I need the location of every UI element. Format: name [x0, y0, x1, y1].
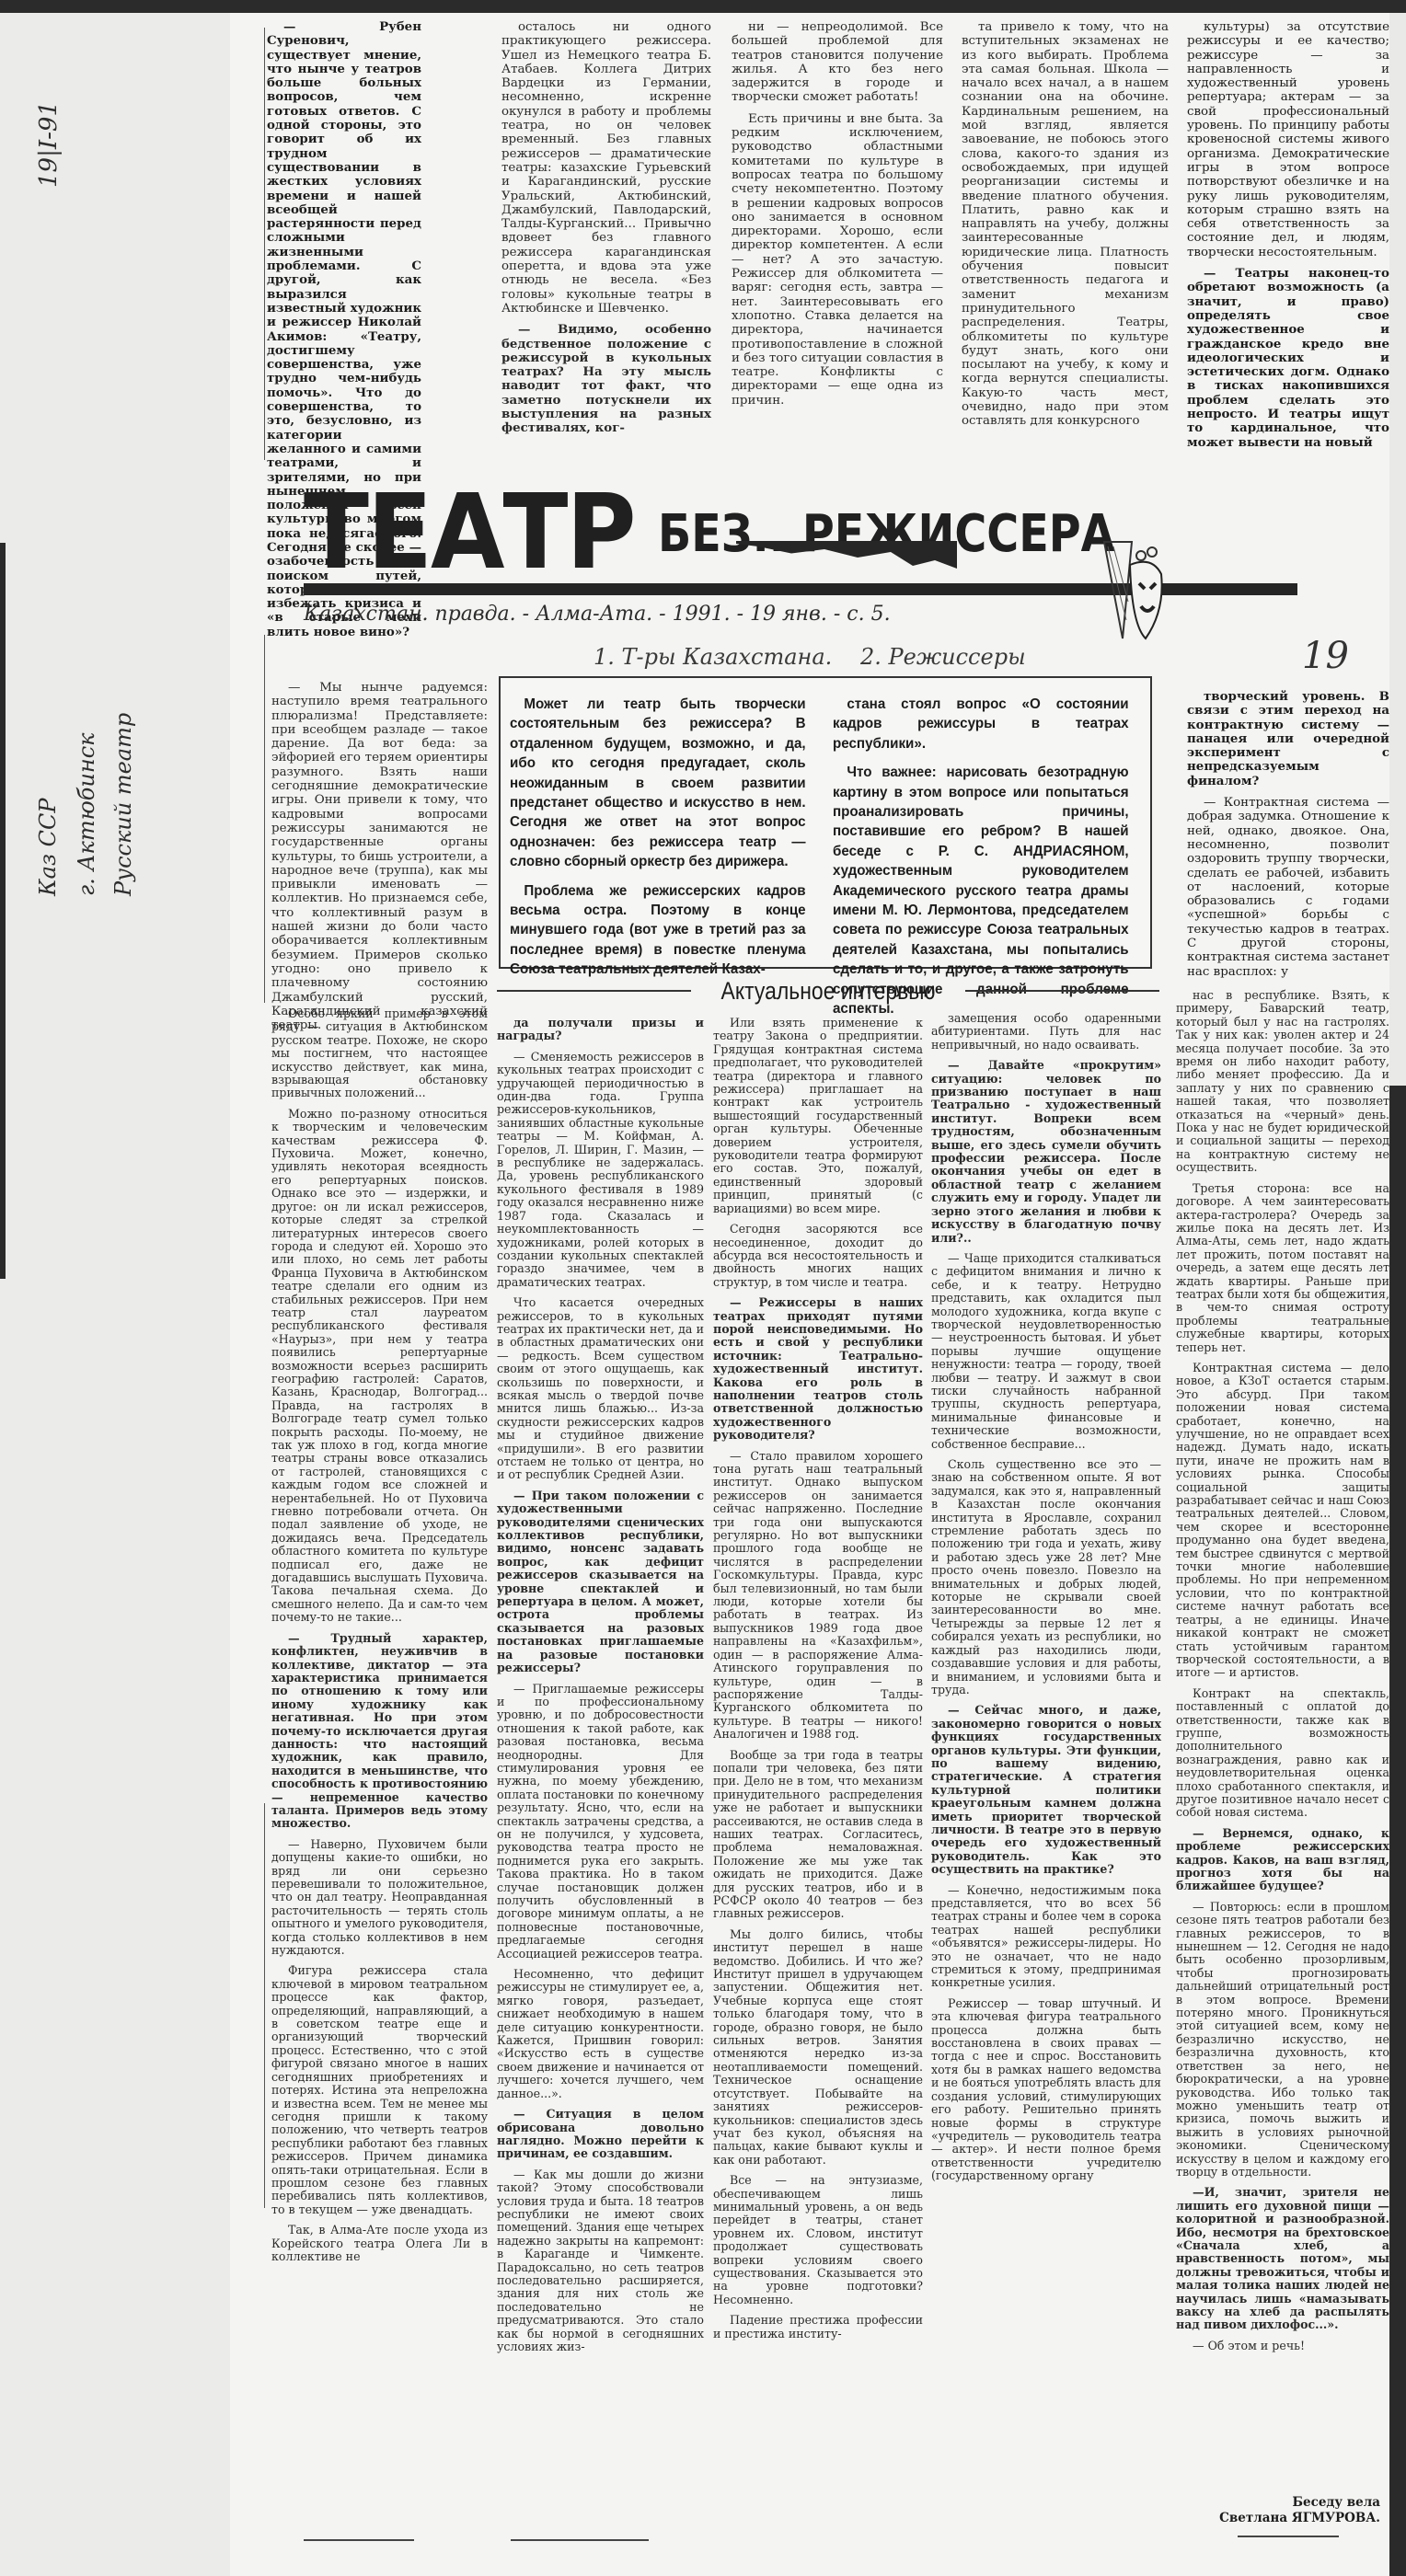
byline-author: Светлана ЯГМУРОВА. — [1187, 2511, 1380, 2526]
paragraph: Вообще за три года в театры попали три ч… — [713, 1749, 923, 1921]
handwritten-page-number: 19 — [1302, 635, 1349, 677]
paragraph: замещения особо одаренными абитуриентами… — [931, 1012, 1161, 1052]
paragraph: — Приглашаемые режиссеры и по профессион… — [497, 1683, 704, 1961]
paragraph: — Об этом и речь! — [1176, 2340, 1389, 2352]
paragraph: Можно по-разному относиться к творческим… — [271, 1108, 488, 1625]
rubric-rule-left — [497, 990, 691, 992]
paragraph: ни — непреодолимой. Все большей проблемо… — [732, 20, 943, 105]
question-paragraph: —И, значит, зрителя не лишить его духовн… — [1176, 2186, 1389, 2331]
top-column-5: культуры) за отсутствие режиссуры и ее к… — [1187, 20, 1389, 457]
paragraph: — Наверно, Пуховичем были допущены какие… — [271, 1838, 488, 1958]
theater-mask-icon — [1095, 537, 1169, 648]
paragraph: Есть причины и вне быта. За редким исклю… — [732, 112, 943, 408]
paragraph: Падение престижа профессии и престижа ин… — [713, 2314, 923, 2340]
paragraph: — Мы нынче радуемся: наступило время теа… — [271, 681, 488, 1032]
question-paragraph: — Ситуация в целом обрисована довольно н… — [497, 2108, 704, 2161]
question-paragraph: — Видимо, особенно бедственное положение… — [501, 323, 711, 435]
bottom-column-4: замещения особо одаренными абитуриентами… — [931, 1012, 1161, 2191]
handwritten-tag-2: 2. Режиссеры — [860, 644, 1026, 670]
paragraph: Что касается очередных режиссеров, то в … — [497, 1296, 704, 1482]
paragraph: — Чаще приходится сталкиваться с дефицит… — [931, 1252, 1161, 1451]
lead-paragraph: Проблема же режиссерских кадров весьма о… — [510, 881, 806, 980]
paragraph: Третья сторона: все на договоре. А чем з… — [1176, 1182, 1389, 1354]
byline-label: Беседу вела — [1187, 2495, 1380, 2511]
bottom-column-2: да получали призы и награды? — Сменяемос… — [497, 1017, 704, 2361]
paragraph: Мы долго бились, чтобы институт перешел … — [713, 1928, 923, 2167]
question-paragraph: — Давайте «прокрутим» ситуацию: человек … — [931, 1059, 1161, 1245]
handwritten-tag-1: 1. Т-ры Казахстана. — [594, 644, 832, 670]
mid-right-column: творческий уровень. В связи с этим перех… — [1187, 690, 1389, 986]
question-paragraph: — Театры наконец-то обретают возможность… — [1187, 267, 1389, 450]
handwritten-archive-date: 19|I-91 — [35, 101, 63, 188]
paragraph: Контрактная система — дело новое, а КЗоТ… — [1176, 1362, 1389, 1680]
byline: Беседу вела Светлана ЯГМУРОВА. — [1187, 2495, 1380, 2526]
handwritten-source-citation: Казахстан. правда. - Алма-Ата. - 1991. -… — [304, 603, 891, 626]
handwritten-margin-note-1: Каз ССР — [35, 799, 61, 896]
paragraph: Режиссер — товар штучный. И эта ключевая… — [931, 1997, 1161, 2183]
paragraph: Контракт на спектакль, поставленный с оп… — [1176, 1687, 1389, 1820]
top-column-3: ни — непреодолимой. Все большей проблемо… — [732, 20, 943, 415]
paragraph: — Повторюсь: если в прошлом сезоне пять … — [1176, 1901, 1389, 2179]
paragraph: Особо яркий пример в этом ряду — ситуаци… — [271, 1007, 488, 1100]
paragraph: Сегодня засоряются все несоединенное, до… — [713, 1223, 923, 1289]
end-rule — [1238, 2536, 1339, 2537]
lead-box: Может ли театр быть творчески состоятель… — [499, 676, 1152, 969]
question-paragraph: — Вернемся, однако, к проблеме режиссерс… — [1176, 1827, 1389, 1893]
lead-paragraph: стана стоял вопрос «О состоянии кадров р… — [833, 695, 1129, 753]
paragraph: осталось ни одного практикующего режиссе… — [501, 20, 711, 316]
paragraph: — Конечно, недостижимым пока представляе… — [931, 1884, 1161, 1990]
rubric-rule-right — [965, 990, 1159, 992]
rubric-header: Актуальное интервью — [497, 977, 1159, 1005]
bottom-column-5: нас в республике. Взять, к примеру, Бава… — [1176, 989, 1389, 2360]
question-paragraph: — Сейчас много, и даже, закономерно гово… — [931, 1704, 1161, 1876]
paragraph: Или взять применение к театру Закона о п… — [713, 1017, 923, 1215]
scan-top-border — [0, 0, 1406, 13]
question-paragraph: — Трудный характер, конфликтен, неуживчи… — [271, 1632, 488, 1831]
handwritten-margin-note-3: Русский театр — [110, 713, 136, 896]
paragraph: — Контрактная система — добрая задумка. … — [1187, 796, 1389, 979]
column-rule — [264, 635, 265, 1003]
lead-paragraph: Может ли театр быть творчески состоятель… — [510, 695, 806, 872]
paragraph: культуры) за отсутствие режиссуры и ее к… — [1187, 20, 1389, 259]
paragraph: — Сменяемость режиссеров в кукольных теа… — [497, 1051, 704, 1289]
paragraph: та привело к тому, что на вступительных … — [962, 20, 1169, 429]
question-paragraph: творческий уровень. В связи с этим перех… — [1187, 690, 1389, 788]
end-rule — [511, 2539, 649, 2541]
bottom-column-1: Особо яркий пример в этом ряду — ситуаци… — [271, 1007, 488, 2271]
top-column-2: осталось ни одного практикующего режиссе… — [501, 20, 711, 443]
mid-left-column: — Мы нынче радуемся: наступило время теа… — [271, 681, 488, 1040]
bottom-column-3: Или взять применение к театру Закона о п… — [713, 1017, 923, 2348]
paragraph: — Стало правилом хорошего тона ругать на… — [713, 1450, 923, 1742]
question-paragraph: — Режиссеры в наших театрах приходят пут… — [713, 1296, 923, 1442]
end-rule — [304, 2539, 414, 2541]
paragraph: — Как мы дошли до жизни такой? Этому спо… — [497, 2168, 704, 2354]
paragraph: Так, в Алма-Ате после ухода из Корейског… — [271, 2224, 488, 2263]
handwritten-margin-note-2: г. Актюбинск — [74, 733, 99, 896]
paragraph: Сколь существенно все это — знаю на собс… — [931, 1458, 1161, 1696]
headline-big-word: ТЕАТР — [304, 480, 635, 583]
paragraph: Все — на энтузиазме, обеспечивающем лишь… — [713, 2174, 923, 2306]
paragraph: нас в республике. Взять, к примеру, Бава… — [1176, 989, 1389, 1175]
lead-column-1: Может ли театр быть творчески состоятель… — [510, 695, 806, 960]
paragraph: Фигура режиссера стала ключевой в мирово… — [271, 1964, 488, 2216]
top-column-4: та привело к тому, что на вступительных … — [962, 20, 1169, 436]
scan-right-edge — [1389, 1086, 1406, 2576]
lead-column-2: стана стоял вопрос «О состоянии кадров р… — [833, 695, 1129, 960]
scan-left-edge — [0, 543, 6, 1279]
headline-rest: БЕЗ...РЕЖИССЕРА — [658, 504, 1114, 564]
scan-margin: 19|I-91 Каз ССР г. Актюбинск Русский теа… — [0, 13, 230, 2576]
rubric-title: Актуальное интервью — [721, 977, 936, 1006]
column-rule — [264, 28, 265, 460]
column-rule — [264, 1803, 265, 2208]
paragraph: Несомненно, что дефицит режиссуры не сти… — [497, 1968, 704, 2100]
question-paragraph: да получали призы и награды? — [497, 1017, 704, 1043]
question-paragraph: — При таком положении с художественными … — [497, 1489, 704, 1675]
